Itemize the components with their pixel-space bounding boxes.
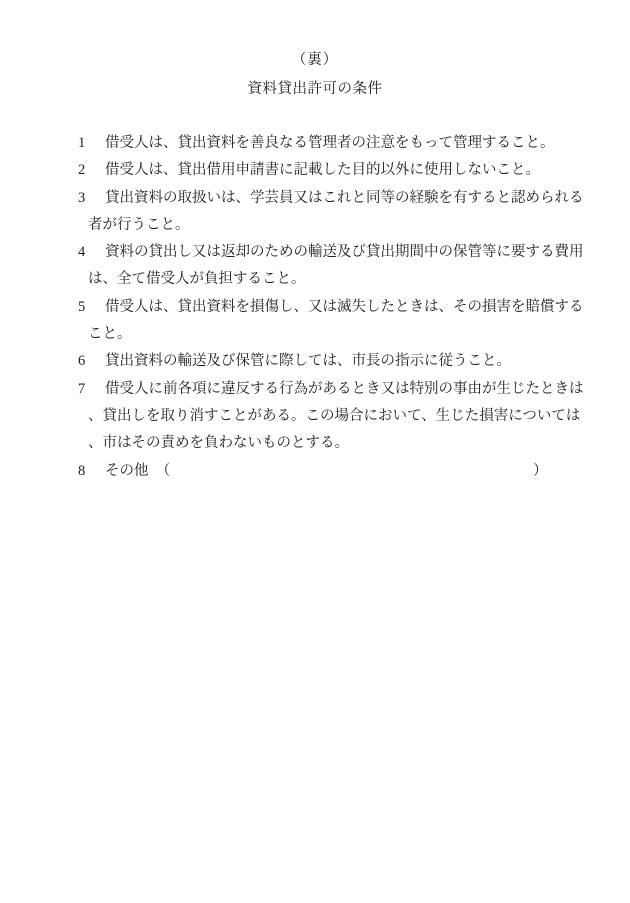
condition-text: 貸出資料の輸送及び保管に際しては、市長の指示に従うこと。 bbox=[105, 353, 511, 369]
condition-line: 1借受人は、貸出資料を善良なる管理者の注意をもって管理すること。 bbox=[0, 130, 630, 157]
condition-text: 貸出資料の取扱いは、学芸員又はこれと同等の経験を有すると認められる bbox=[105, 190, 584, 206]
condition-number: 4 bbox=[78, 239, 105, 266]
condition-number: 8 bbox=[78, 458, 105, 485]
condition-item: 2借受人は、貸出借用申請書に記載した目的以外に使用しないこと。 bbox=[0, 157, 630, 184]
condition-continuation-line: 、市はその責めを負わないものとする。 bbox=[0, 430, 630, 457]
condition-continuation-line: は、全て借受人が負担すること。 bbox=[0, 266, 630, 293]
condition-item: 1借受人は、貸出資料を善良なる管理者の注意をもって管理すること。 bbox=[0, 130, 630, 157]
document-page: （裏） 資料貸出許可の条件 1借受人は、貸出資料を善良なる管理者の注意をもって管… bbox=[0, 0, 630, 903]
condition-text: 借受人は、貸出資料を損傷し、又は滅失したときは、その損害を賠償する bbox=[105, 299, 584, 315]
conditions-list: 1借受人は、貸出資料を善良なる管理者の注意をもって管理すること。2借受人は、貸出… bbox=[0, 130, 630, 485]
condition-line: 5借受人は、貸出資料を損傷し、又は滅失したときは、その損害を賠償する bbox=[0, 294, 630, 321]
condition-text: は、全て借受人が負担すること。 bbox=[88, 271, 306, 287]
condition-text: 資料の貸出し又は返却のための輸送及び貸出期間中の保管等に要する費用 bbox=[105, 244, 584, 260]
document-title: 資料貸出許可の条件 bbox=[0, 77, 630, 98]
condition-continuation-line: 、貸出しを取り消すことがある。この場合において、生じた損害については bbox=[0, 403, 630, 430]
condition-line: 7借受人に前各項に違反する行為があるとき又は特別の事由が生じたときは bbox=[0, 376, 630, 403]
condition-text: その他 （ bbox=[105, 463, 170, 479]
condition-number: 3 bbox=[78, 185, 105, 212]
condition-item: 8その他 （） bbox=[0, 458, 630, 485]
condition-continuation-line: 者が行うこと。 bbox=[0, 212, 630, 239]
condition-text: 借受人は、貸出資料を善良なる管理者の注意をもって管理すること。 bbox=[105, 135, 555, 151]
condition-item: 5借受人は、貸出資料を損傷し、又は滅失したときは、その損害を賠償すること。 bbox=[0, 294, 630, 349]
condition-number: 7 bbox=[78, 376, 105, 403]
condition-item: 7借受人に前各項に違反する行為があるとき又は特別の事由が生じたときは、貸出しを取… bbox=[0, 376, 630, 458]
condition-text: 、市はその責めを負わないものとする。 bbox=[88, 435, 349, 451]
condition-number: 2 bbox=[78, 157, 105, 184]
condition-line: 2借受人は、貸出借用申請書に記載した目的以外に使用しないこと。 bbox=[0, 157, 630, 184]
condition-text: 借受人は、貸出借用申請書に記載した目的以外に使用しないこと。 bbox=[105, 162, 540, 178]
condition-text: 借受人に前各項に違反する行為があるとき又は特別の事由が生じたときは bbox=[105, 381, 584, 397]
condition-text: 、貸出しを取り消すことがある。この場合において、生じた損害については bbox=[88, 408, 580, 424]
condition-item: 6貸出資料の輸送及び保管に際しては、市長の指示に従うこと。 bbox=[0, 348, 630, 375]
condition-number: 6 bbox=[78, 348, 105, 375]
closing-paren: ） bbox=[533, 458, 548, 485]
condition-text: こと。 bbox=[88, 326, 132, 342]
condition-item: 3貸出資料の取扱いは、学芸員又はこれと同等の経験を有すると認められる者が行うこと… bbox=[0, 185, 630, 240]
condition-item: 4資料の貸出し又は返却のための輸送及び貸出期間中の保管等に要する費用は、全て借受… bbox=[0, 239, 630, 294]
condition-line: 6貸出資料の輸送及び保管に際しては、市長の指示に従うこと。 bbox=[0, 348, 630, 375]
page-side-label: （裏） bbox=[0, 48, 630, 69]
condition-number: 5 bbox=[78, 294, 105, 321]
condition-line: 3貸出資料の取扱いは、学芸員又はこれと同等の経験を有すると認められる bbox=[0, 185, 630, 212]
condition-line: 4資料の貸出し又は返却のための輸送及び貸出期間中の保管等に要する費用 bbox=[0, 239, 630, 266]
condition-number: 1 bbox=[78, 130, 105, 157]
condition-text: 者が行うこと。 bbox=[88, 217, 190, 233]
condition-continuation-line: こと。 bbox=[0, 321, 630, 348]
condition-line: 8その他 （） bbox=[0, 458, 630, 485]
